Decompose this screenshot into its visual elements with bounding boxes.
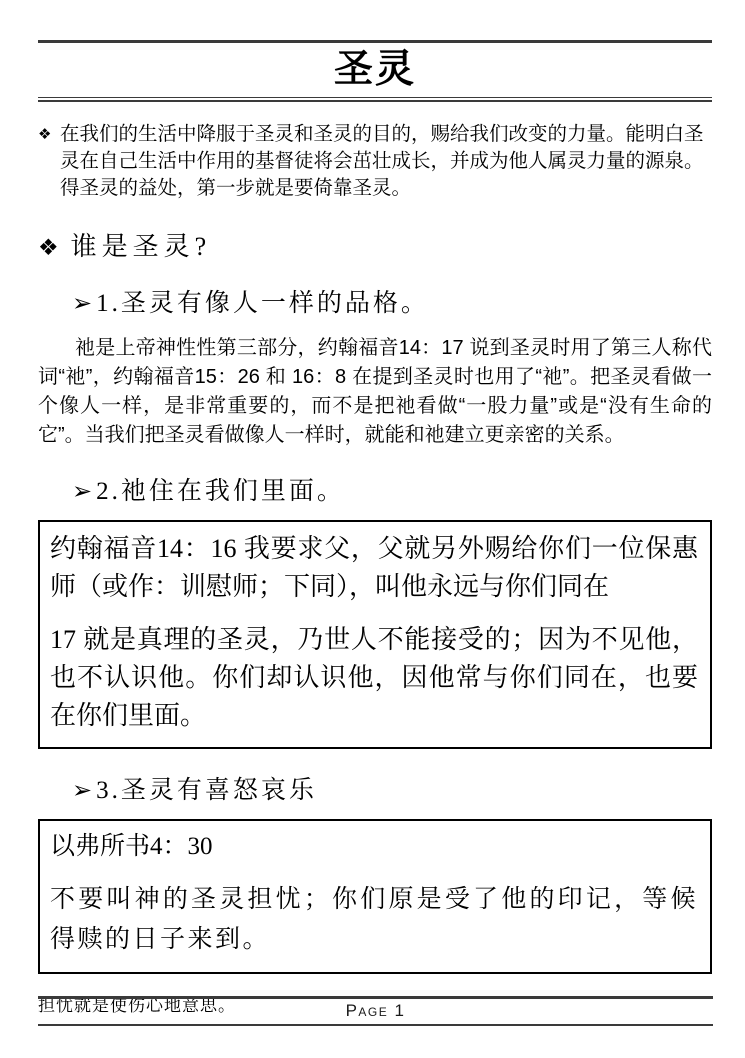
footer-rules: Page 1 bbox=[38, 996, 713, 1026]
point-2-heading: ➢2.祂住在我们里面。 bbox=[72, 477, 712, 507]
section-heading-who-is: ❖谁是圣灵? bbox=[38, 231, 712, 262]
intro-paragraph: ❖ 在我们的生活中降服于圣灵和圣灵的目的，赐给我们改变的力量。能明白圣灵在自己生… bbox=[38, 121, 712, 202]
title-top-rule bbox=[38, 40, 712, 43]
scripture-verse-30: 不要叫神的圣灵担忧；你们原是受了他的印记，等候得赎的日子来到。 bbox=[50, 880, 698, 960]
arrowhead-bullet-icon: ➢ bbox=[72, 778, 92, 804]
scripture-box-john-14: 约翰福音14：16 我要求父，父就另外赐给你们一位保惠师（或作：训慰师；下同），… bbox=[38, 520, 712, 749]
scripture-verse-16: 约翰福音14：16 我要求父，父就另外赐给你们一位保惠师（或作：训慰师；下同），… bbox=[50, 530, 698, 606]
arrowhead-bullet-icon: ➢ bbox=[72, 291, 92, 317]
page-title: 圣灵 bbox=[38, 46, 712, 95]
scripture-box-ephesians-4: 以弗所书4：30 不要叫神的圣灵担忧；你们原是受了他的印记，等候得赎的日子来到。 bbox=[38, 819, 712, 974]
intro-text: 在我们的生活中降服于圣灵和圣灵的目的，赐给我们改变的力量。能明白圣灵在自己生活中… bbox=[60, 121, 712, 202]
scripture-verse-17: 17 就是真理的圣灵，乃世人不能接受的；因为不见他，也不认识他。你们却认识他，因… bbox=[50, 621, 698, 735]
point-3-heading: ➢3.圣灵有喜怒哀乐 bbox=[72, 776, 712, 806]
arrowhead-bullet-icon: ➢ bbox=[72, 479, 92, 505]
page-content: 圣灵 ❖ 在我们的生活中降服于圣灵和圣灵的目的，赐给我们改变的力量。能明白圣灵在… bbox=[0, 40, 745, 1016]
section-heading-text: 谁是圣灵? bbox=[71, 232, 212, 261]
diamond-bullet-icon: ❖ bbox=[38, 121, 60, 202]
point-2-heading-text: 2.祂住在我们里面。 bbox=[96, 478, 345, 505]
point-1-body-text: 祂是上帝神性性第三部分，约翰福音14：17 说到圣灵时用了第三人称代词“祂”，约… bbox=[38, 334, 712, 450]
point-1-heading-text: 1.圣灵有像人一样的品格。 bbox=[96, 290, 429, 317]
point-3-heading-text: 3.圣灵有喜怒哀乐 bbox=[96, 777, 317, 804]
page-footer: Page 1 bbox=[38, 996, 713, 1026]
diamond-bullet-icon: ❖ bbox=[38, 235, 59, 260]
title-bottom-rule bbox=[38, 97, 712, 102]
point-1-heading: ➢1.圣灵有像人一样的品格。 bbox=[72, 289, 712, 319]
document-page: 圣灵 ❖ 在我们的生活中降服于圣灵和圣灵的目的，赐给我们改变的力量。能明白圣灵在… bbox=[0, 0, 745, 1058]
scripture-reference: 以弗所书4：30 bbox=[50, 829, 698, 865]
page-number: Page 1 bbox=[346, 1001, 406, 1020]
